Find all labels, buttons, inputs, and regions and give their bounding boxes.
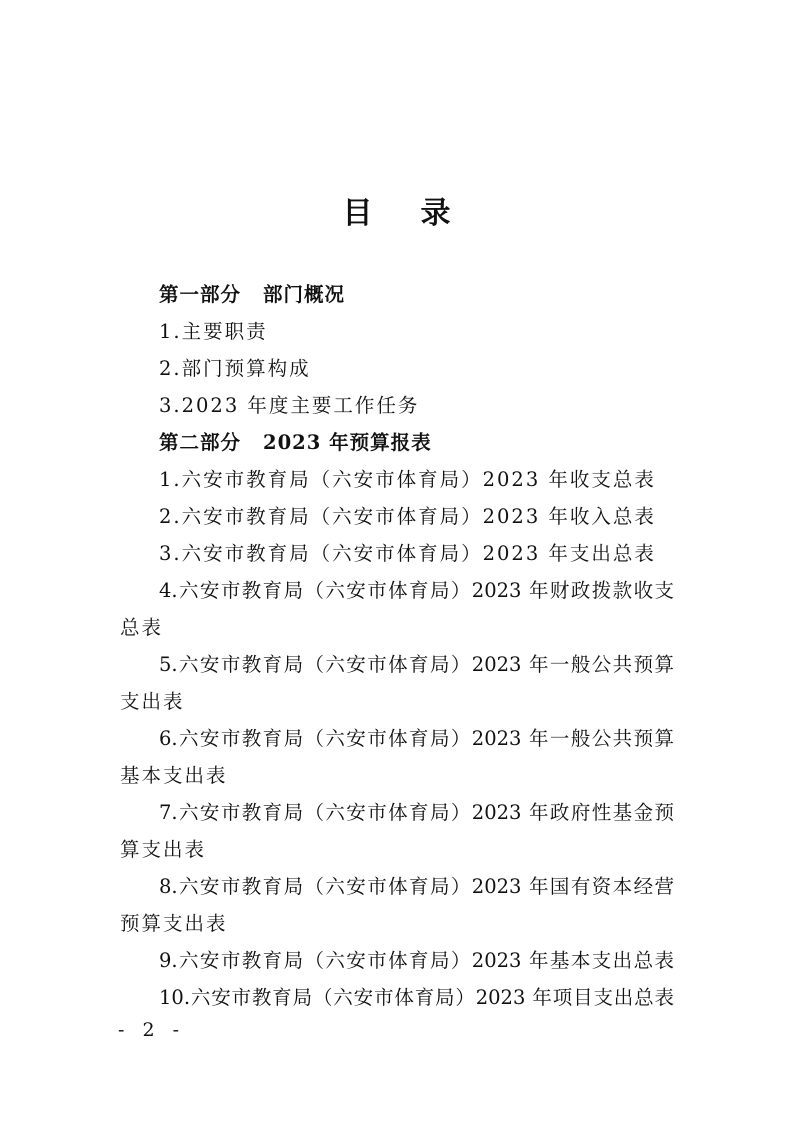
toc-item: 6.六安市教育局（六安市体育局）2023 年一般公共预算 <box>120 720 674 757</box>
toc-item: 2.六安市教育局（六安市体育局）2023 年收入总表 <box>120 498 674 535</box>
toc-item: 2.部门预算构成 <box>120 350 674 387</box>
section-label: 第一部分 <box>159 283 241 306</box>
toc-item-continuation: 预算支出表 <box>120 905 674 942</box>
toc-item-continuation: 支出表 <box>120 683 674 720</box>
page-title: 目录 <box>0 192 793 236</box>
section-label: 第二部分 <box>159 431 241 454</box>
toc-item: 4.六安市教育局（六安市体育局）2023 年财政拨款收支 <box>120 572 674 609</box>
toc-item: 1.六安市教育局（六安市体育局）2023 年收支总表 <box>120 461 674 498</box>
toc-item: 7.六安市教育局（六安市体育局）2023 年政府性基金预 <box>120 794 674 831</box>
toc-item: 8.六安市教育局（六安市体育局）2023 年国有资本经营 <box>120 868 674 905</box>
toc-item: 1.主要职责 <box>120 313 674 350</box>
toc-item: 9.六安市教育局（六安市体育局）2023 年基本支出总表 <box>120 942 674 979</box>
document-page: 目录 第一部分部门概况 1.主要职责 2.部门预算构成 3.2023 年度主要工… <box>0 0 793 1122</box>
page-number: - 2 - <box>118 1018 185 1042</box>
toc-item: 3.2023 年度主要工作任务 <box>120 387 674 424</box>
toc-item-continuation: 算支出表 <box>120 831 674 868</box>
toc-item: 5.六安市教育局（六安市体育局）2023 年一般公共预算 <box>120 646 674 683</box>
toc-item: 10.六安市教育局（六安市体育局）2023 年项目支出总表 <box>120 979 674 1016</box>
toc-item: 3.六安市教育局（六安市体育局）2023 年支出总表 <box>120 535 674 572</box>
table-of-contents: 第一部分部门概况 1.主要职责 2.部门预算构成 3.2023 年度主要工作任务… <box>120 276 674 1016</box>
toc-section-part2: 第二部分2023 年预算报表 <box>120 424 674 461</box>
section-title: 2023 年预算报表 <box>263 431 432 454</box>
section-title: 部门概况 <box>263 283 345 306</box>
toc-item-continuation: 总表 <box>120 609 674 646</box>
toc-section-part1: 第一部分部门概况 <box>120 276 674 313</box>
toc-item-continuation: 基本支出表 <box>120 757 674 794</box>
